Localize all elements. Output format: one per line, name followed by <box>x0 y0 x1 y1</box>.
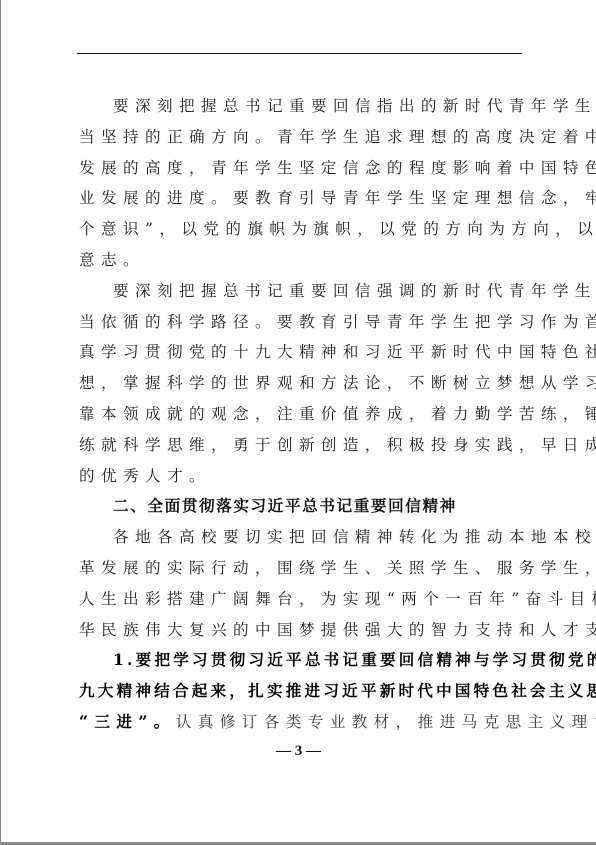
paragraph-implementation: 各地各高校要切实把回信精神转化为推动本地本校教育事业改 革发展的实际行动，围绕学… <box>79 522 521 645</box>
document-body: 要深刻把握总书记重要回信指出的新时代青年学生成长成才应 当坚持的正确方向。青年学… <box>79 91 521 738</box>
paragraph-direction: 要深刻把握总书记重要回信指出的新时代青年学生成长成才应 当坚持的正确方向。青年学… <box>79 91 521 276</box>
text-line: 当坚持的正确方向。青年学生追求理想的高度决定着中华民族未来 <box>79 122 521 153</box>
paragraph-item-1: 1.要把学习贯彻习近平总书记重要回信精神与学习贯彻党的十 九大精神结合起来，扎实… <box>79 645 521 737</box>
text-line: 发展的高度，青年学生坚定信念的程度影响着中国特色社会主义事 <box>79 153 521 184</box>
text-line: 当依循的科学路径。要教育引导青年学生把学习作为首要任务，认 <box>79 307 521 338</box>
paragraph-path: 要深刻把握总书记重要回信强调的新时代青年学生成长成才应 当依循的科学路径。要教育… <box>79 276 521 492</box>
text-line: 要深刻把握总书记重要回信强调的新时代青年学生成长成才应 <box>79 276 521 307</box>
text-line: 业发展的进度。要教育引导青年学生坚定理想信念，牢固树立“四 <box>79 183 521 214</box>
text-line: 华民族伟大复兴的中国梦提供强大的智力支持和人才支撑。 <box>79 615 521 646</box>
bold-phrase: “三进”。 <box>79 712 176 731</box>
text-line: 要深刻把握总书记重要回信指出的新时代青年学生成长成才应 <box>79 91 521 122</box>
text-line: 各地各高校要切实把回信精神转化为推动本地本校教育事业改 <box>79 522 521 553</box>
text-line: 革发展的实际行动，围绕学生、关照学生、服务学生，为青年学生 <box>79 553 521 584</box>
text-line: 的优秀人才。 <box>79 461 521 492</box>
document-page: 要深刻把握总书记重要回信指出的新时代青年学生成长成才应 当坚持的正确方向。青年学… <box>1 0 596 842</box>
text-line: 练就科学思维，勇于创新创造，积极投身实践，早日成为可堪大任 <box>79 430 521 461</box>
section-heading: 二、全面贯彻落实习近平总书记重要回信精神 <box>79 491 521 522</box>
text-line: 想，掌握科学的世界观和方法论，不断树立梦想从学习开始、事业 <box>79 368 521 399</box>
heading-line: 二、全面贯彻落实习近平总书记重要回信精神 <box>79 491 521 522</box>
text-line: 意志。 <box>79 245 521 276</box>
mixed-text-line: “三进”。认真修订各类专业教材，推进马克思主义理论研究和建 <box>79 707 521 738</box>
text-line: 靠本领成就的观念，注重价值养成，着力勤学苦练，锤炼意志品质， <box>79 399 521 430</box>
bold-text-line: 九大精神结合起来，扎实推进习近平新时代中国特色社会主义思想 <box>79 676 521 707</box>
header-rule <box>77 53 522 54</box>
normal-phrase: 认真修订各类专业教材，推进马克思主义理论研究和建 <box>176 713 596 731</box>
bold-text-line: 1.要把学习贯彻习近平总书记重要回信精神与学习贯彻党的十 <box>79 645 521 676</box>
page-number: — 3 — <box>1 743 596 760</box>
text-line: 真学习贯彻党的十九大精神和习近平新时代中国特色社会主义思 <box>79 337 521 368</box>
text-line: 个意识”，以党的旗帜为旗帜，以党的方向为方向，以党的意志为 <box>79 214 521 245</box>
text-line: 人生出彩搭建广阔舞台，为实现“两个一百年”奋斗目标、实现中 <box>79 584 521 615</box>
